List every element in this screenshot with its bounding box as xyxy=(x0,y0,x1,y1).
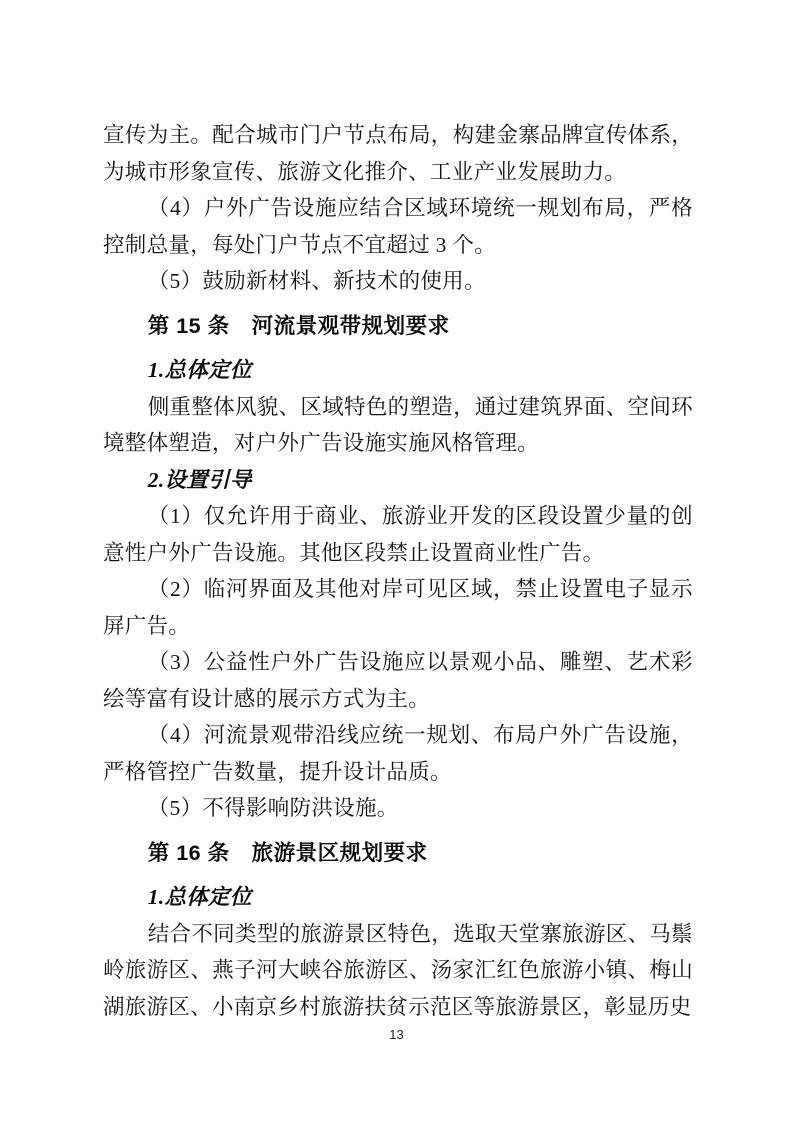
article-15-subheading-2: 2.设置引导 xyxy=(103,462,693,499)
article-15-item-1: （1）仅允许用于商业、旅游业开发的区段设置少量的创意性户外广告设施。其他区段禁止… xyxy=(103,498,693,571)
article-15-item-4: （4）河流景观带沿线应统一规划、布局户外广告设施，严格管控广告数量，提升设计品质… xyxy=(103,717,693,790)
article-16-heading: 第 16 条 旅游景区规划要求 xyxy=(103,835,693,872)
article-16-subheading-1: 1.总体定位 xyxy=(103,879,693,916)
page-number: 13 xyxy=(0,1026,793,1044)
page-content: 宣传为主。配合城市门户节点布局，构建金寨品牌宣传体系，为城市形象宣传、旅游文化推… xyxy=(103,117,693,1025)
document-page: 宣传为主。配合城市门户节点布局，构建金寨品牌宣传体系，为城市形象宣传、旅游文化推… xyxy=(0,0,793,1122)
article-15-item-2: （2）临河界面及其他对岸可见区域，禁止设置电子显示屏广告。 xyxy=(103,571,693,644)
article-15-item-5: （5）不得影响防洪设施。 xyxy=(103,790,693,827)
article-15-positioning: 侧重整体风貌、区域特色的塑造，通过建筑界面、空间环境整体塑造，对户外广告设施实施… xyxy=(103,389,693,462)
gateway-item-5: （5）鼓励新材料、新技术的使用。 xyxy=(103,263,693,300)
article-16-positioning: 结合不同类型的旅游景区特色，选取天堂寨旅游区、马鬃岭旅游区、燕子河大峡谷旅游区、… xyxy=(103,916,693,1026)
gateway-item-4: （4）户外广告设施应结合区域环境统一规划布局，严格控制总量，每处门户节点不宜超过… xyxy=(103,190,693,263)
article-15-subheading-1: 1.总体定位 xyxy=(103,352,693,389)
article-15-item-3: （3）公益性户外广告设施应以景观小品、雕塑、艺术彩绘等富有设计感的展示方式为主。 xyxy=(103,644,693,717)
article-15-heading: 第 15 条 河流景观带规划要求 xyxy=(103,308,693,345)
paragraph-continuation: 宣传为主。配合城市门户节点布局，构建金寨品牌宣传体系，为城市形象宣传、旅游文化推… xyxy=(103,117,693,190)
